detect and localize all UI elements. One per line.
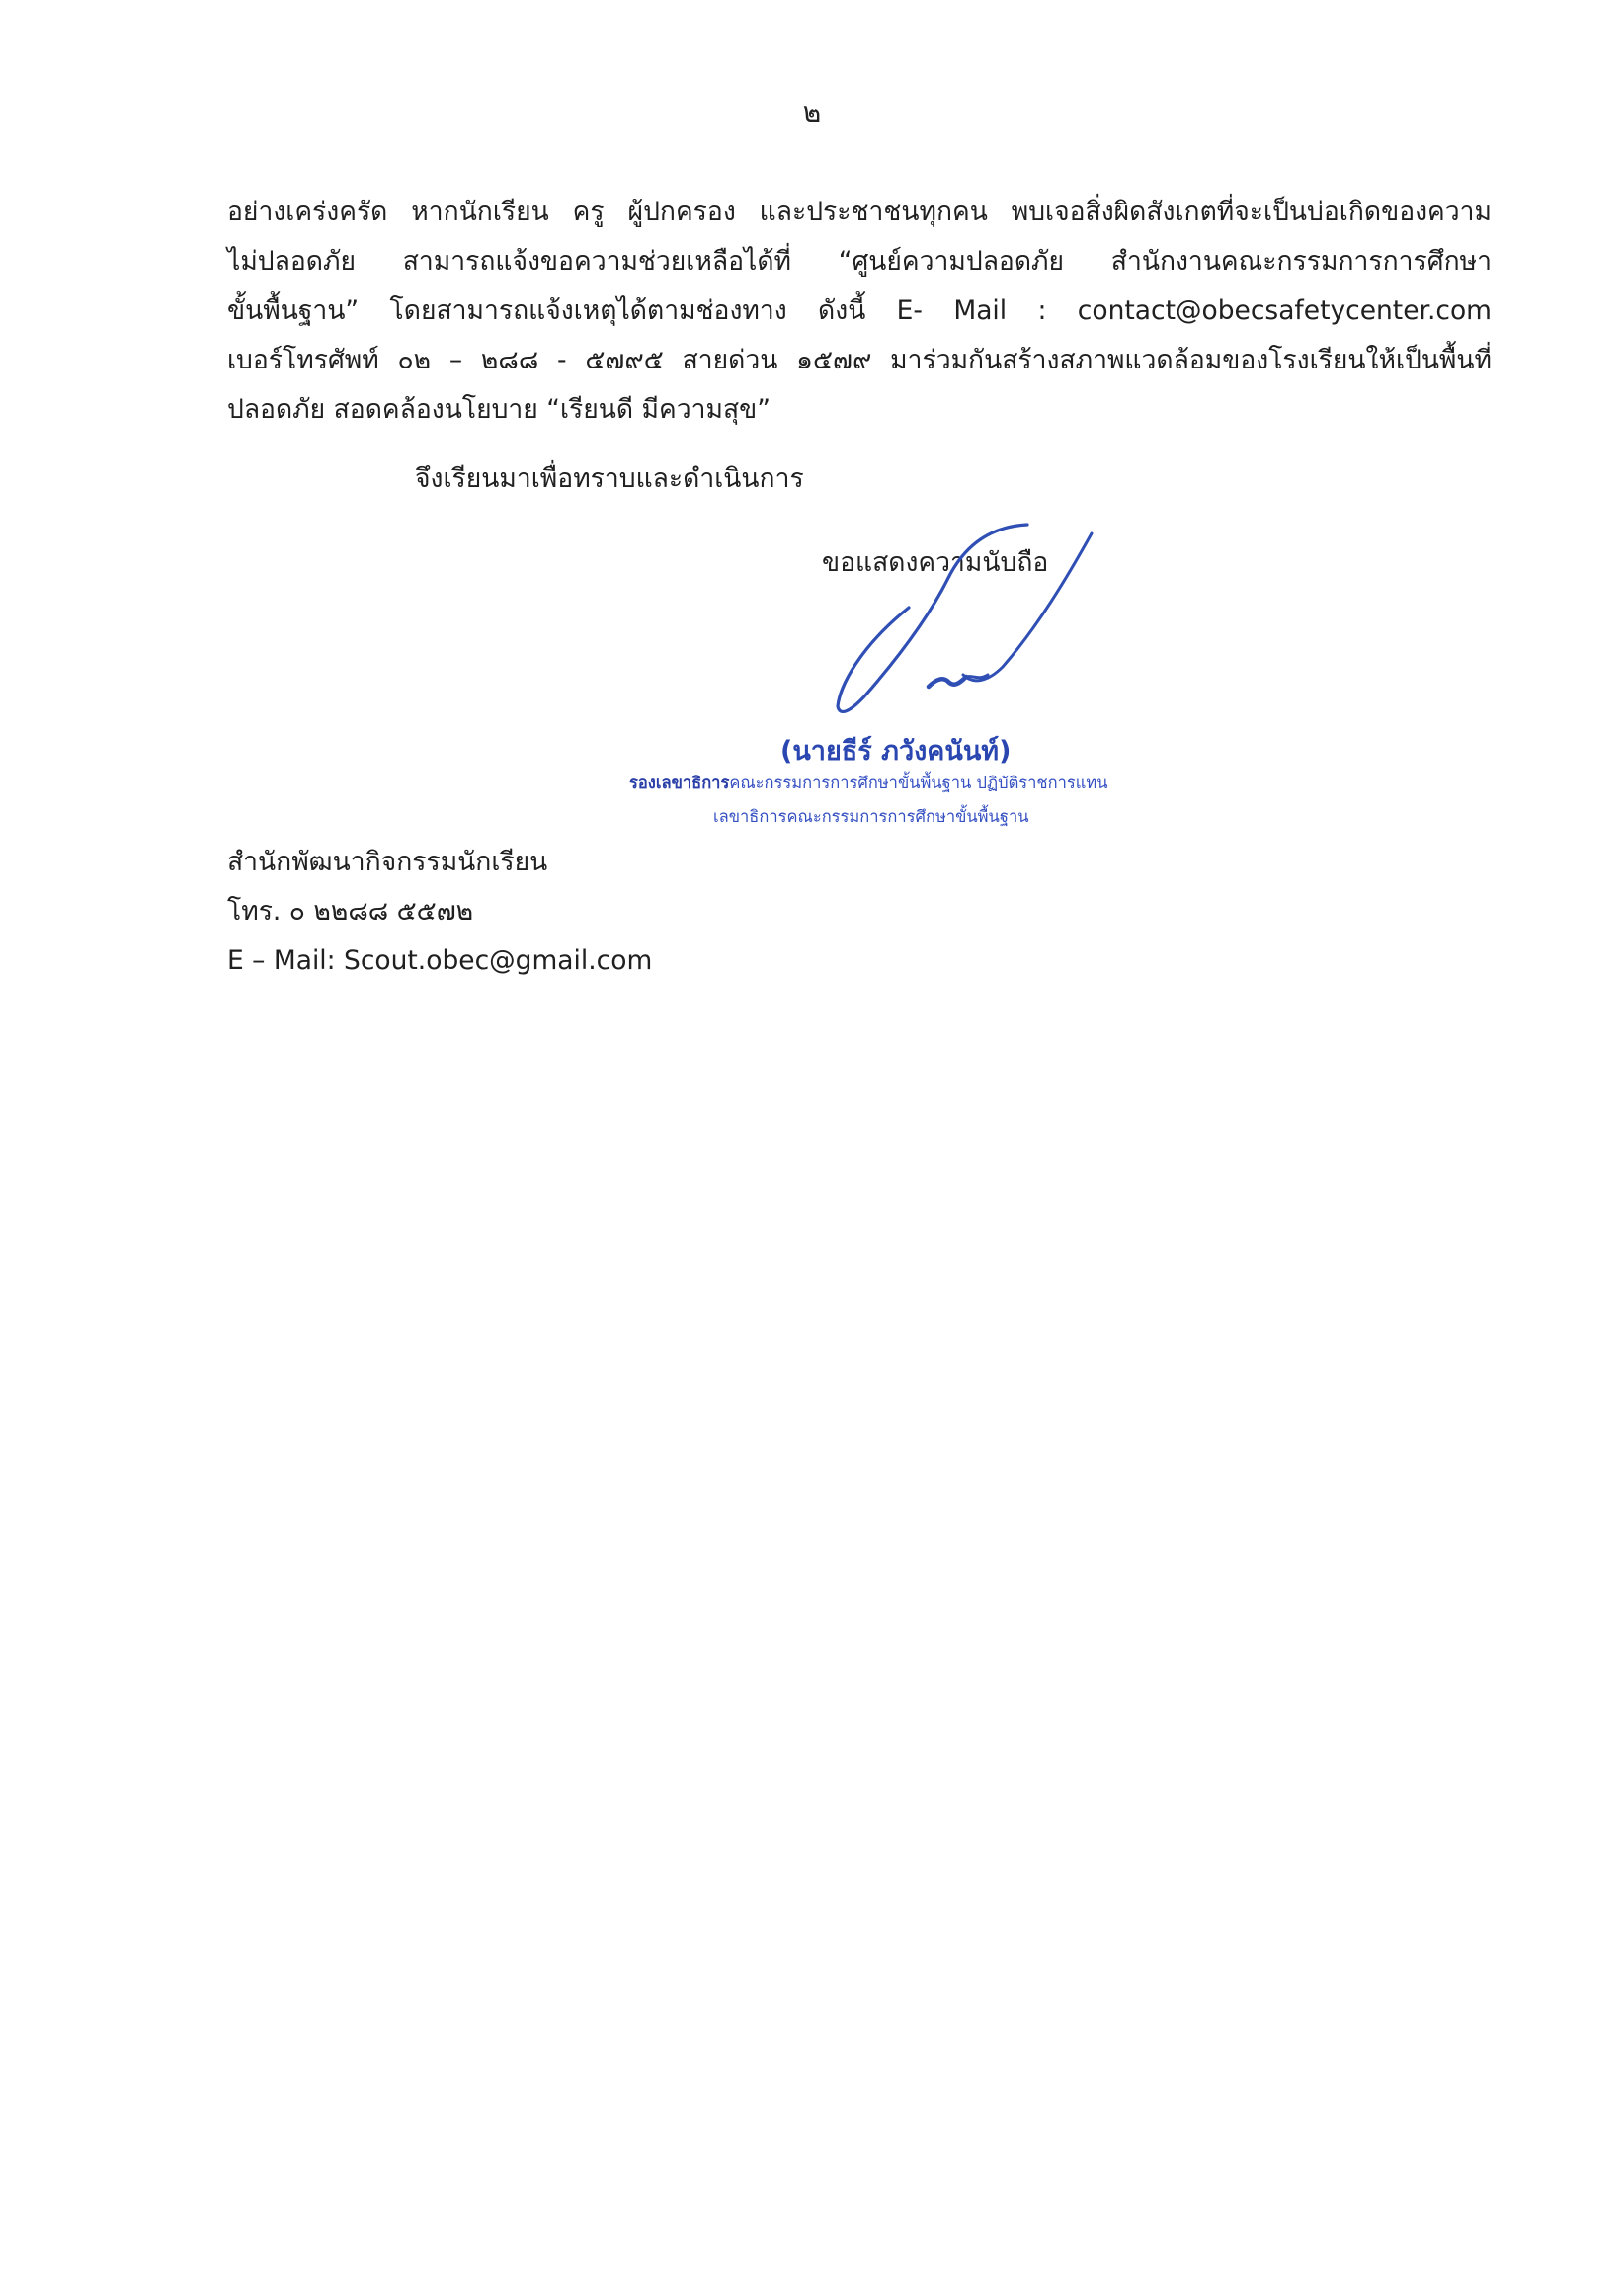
body-line: ขั้นพื้นฐาน” โดยสามารถแจ้งเหตุได้ตามช่อง… [227,286,1492,336]
body-line: ปลอดภัย สอดคล้องนโยบาย “เรียนดี มีความสุ… [227,385,1492,435]
handwritten-signature [790,519,1106,726]
office-email: E – Mail: Scout.obec@gmail.com [227,937,652,986]
body-line: เบอร์โทรศัพท์ ๐๒ – ๒๘๘ - ๕๗๙๕ สายด่วน ๑๕… [227,336,1492,385]
office-name: สำนักพัฒนากิจกรรมนักเรียน [227,838,652,887]
body-line: อย่างเคร่งครัด หากนักเรียน ครู ผู้ปกครอง… [227,188,1492,237]
document-page: ๒ อย่างเคร่งครัด หากนักเรียน ครู ผู้ปกคร… [0,0,1624,2288]
body-line: ไม่ปลอดภัย สามารถแจ้งขอความช่วยเหลือได้ท… [227,237,1492,286]
page-number: ๒ [0,91,1624,134]
body-paragraph: อย่างเคร่งครัด หากนักเรียน ครู ผู้ปกครอง… [227,188,1492,435]
signer-name: (นายธีร์ ภวังคนันท์) [780,729,1011,772]
signer-title-line-1: รองเลขาธิการคณะกรรมการการศึกษาขั้นพื้นฐา… [629,771,1108,796]
closing-statement: จึงเรียนมาเพื่อทราบและดำเนินการ [415,457,804,499]
contact-block: สำนักพัฒนากิจกรรมนักเรียน โทร. ๐ ๒๒๘๘ ๕๕… [227,838,652,986]
signer-title-line-2: เลขาธิการคณะกรรมการการศึกษาขั้นพื้นฐาน [713,804,1029,830]
signer-title-text: คณะกรรมการการศึกษาขั้นพื้นฐาน ปฏิบัติราช… [729,774,1107,792]
signer-title-prefix: รองเลขาธิการ [629,774,729,792]
office-phone: โทร. ๐ ๒๒๘๘ ๕๕๗๒ [227,887,652,937]
